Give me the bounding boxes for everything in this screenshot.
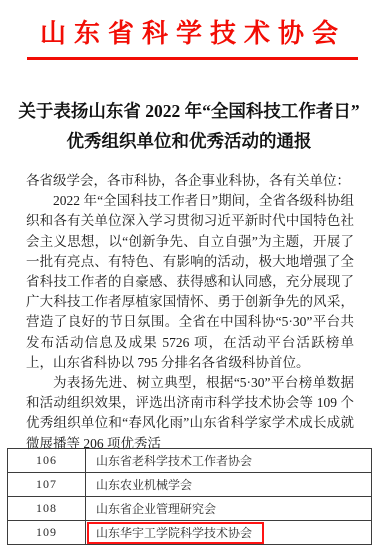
row-number: 106 [8,449,86,473]
document-title-line2: 优秀组织单位和优秀活动的通报 [10,126,368,156]
table-row: 106 山东省老科学技术工作者协会 [8,449,372,473]
row-number: 109 [8,521,86,545]
document-title-line1: 关于表扬山东省 2022 年“全国科技工作者日” [10,96,368,126]
award-table: 106 山东省老科学技术工作者协会 107 山东农业机械学会 108 山东省企业… [7,448,372,545]
letterhead-org-name: 山东省科学技术协会 [0,13,378,50]
row-number: 108 [8,497,86,521]
body-paragraph-1: 2022 年“全国科技工作者日”期间，全省各级科协组织和各有关单位深入学习贯彻习… [26,191,354,373]
document-body: 各省级学会，各市科协，各企事业科协，各有关单位： 2022 年“全国科技工作者日… [26,171,354,454]
letterhead-rule [27,57,358,60]
row-number: 107 [8,473,86,497]
document-page: 山东省科学技术协会 关于表扬山东省 2022 年“全国科技工作者日” 优秀组织单… [0,0,378,559]
table-row: 108 山东省企业管理研究会 [8,497,372,521]
document-title: 关于表扬山东省 2022 年“全国科技工作者日” 优秀组织单位和优秀活动的通报 [10,96,368,156]
table-row-highlighted: 109 山东华宇工学院科学技术协会 [8,521,372,545]
org-name-cell: 山东农业机械学会 [86,473,372,497]
body-paragraph-2: 为表扬先进、树立典型，根据“5·30”平台榜单数据和活动组织效果，评选出济南市科… [26,373,354,454]
salutation-line: 各省级学会，各市科协，各企事业科协，各有关单位： [26,171,354,191]
org-name-cell: 山东省企业管理研究会 [86,497,372,521]
red-highlight-box: 山东华宇工学院科学技术协会 [87,522,264,544]
table-row: 107 山东农业机械学会 [8,473,372,497]
org-name-cell: 山东华宇工学院科学技术协会 [86,521,372,545]
org-name-cell: 山东省老科学技术工作者协会 [86,449,372,473]
